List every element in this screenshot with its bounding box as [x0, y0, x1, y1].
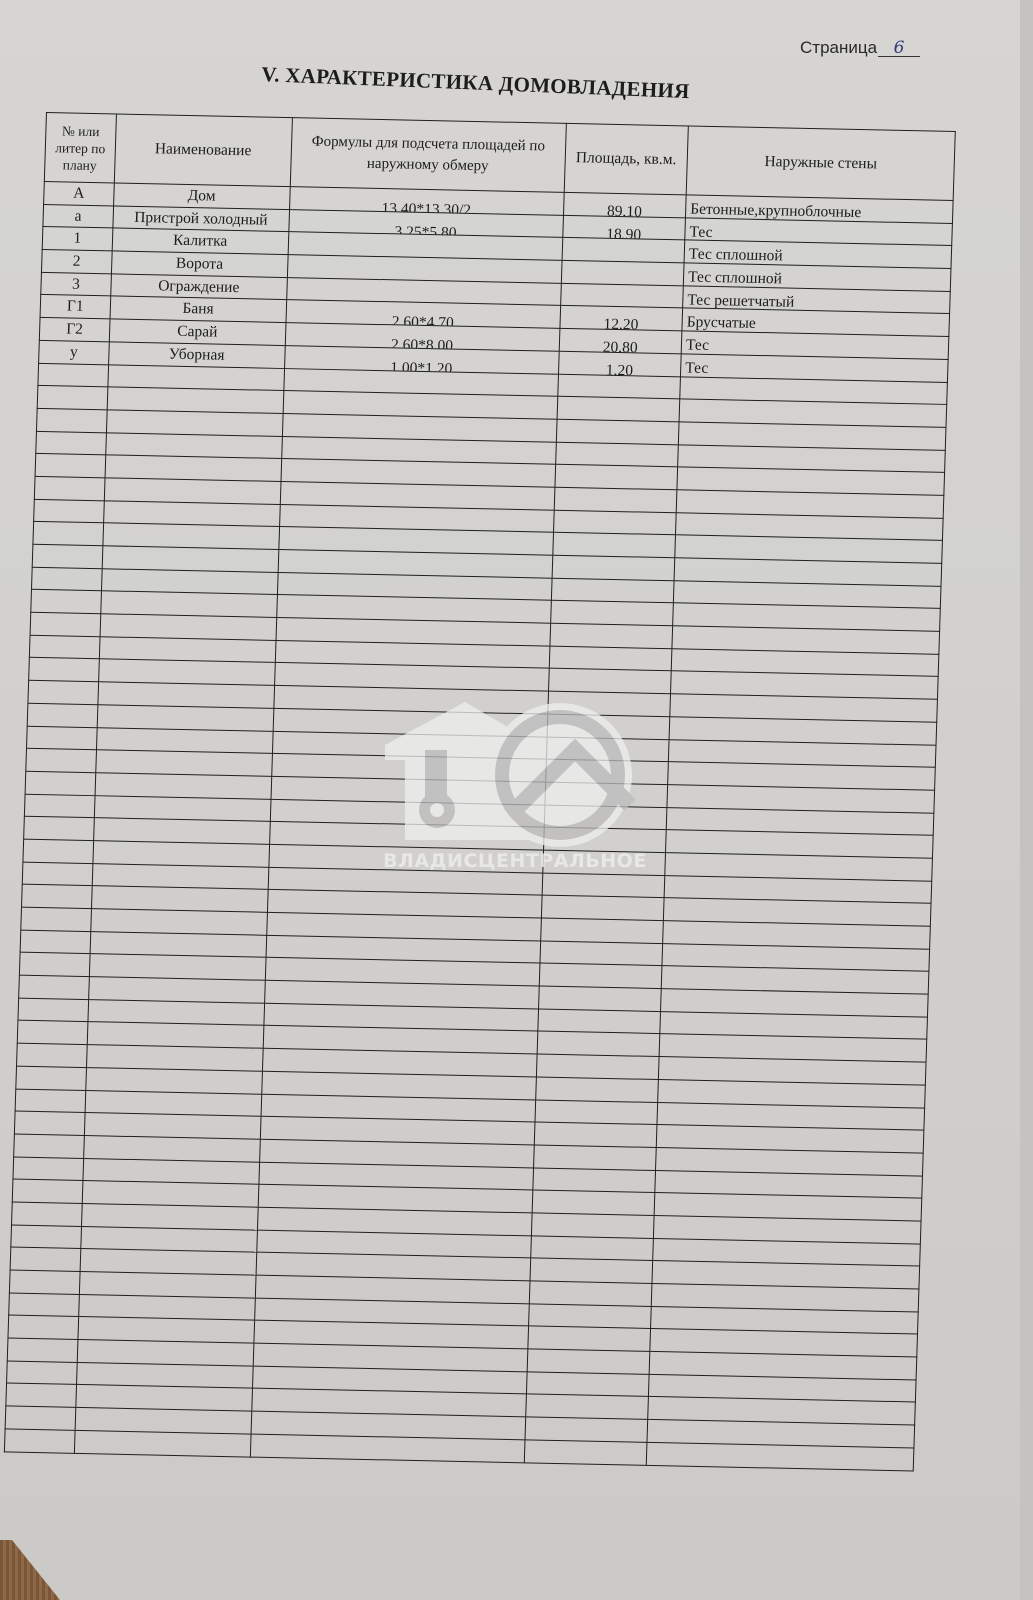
cell-walls-text: Тес сплошной [688, 268, 782, 287]
empty-cell [553, 510, 676, 535]
empty-cell [28, 680, 98, 704]
empty-cell [549, 646, 672, 671]
empty-cell [25, 771, 95, 795]
cell-name-text: Баня [182, 300, 214, 318]
cell-liter: а [43, 204, 113, 228]
cell-area-text: 18,90 [606, 225, 641, 240]
empty-cell [556, 419, 679, 444]
empty-cell [24, 816, 94, 840]
empty-cell [528, 1326, 651, 1351]
cell-area-text: 12,20 [603, 316, 638, 331]
empty-cell [12, 1179, 82, 1203]
empty-cell [545, 782, 668, 807]
empty-cell [547, 714, 670, 739]
cell-area: 1,20 [558, 351, 681, 376]
empty-cell [9, 1270, 79, 1294]
cell-name-text: Сарай [177, 323, 218, 341]
page-number-handwritten: 6 [878, 40, 920, 57]
characteristics-table: № или литер по плану Наименование Формул… [4, 112, 956, 1471]
cell-liter-text: А [73, 184, 85, 201]
cell-area [561, 260, 684, 285]
cell-liter-text: Г1 [67, 298, 84, 315]
empty-cell [552, 533, 675, 558]
cell-area-text: 89,10 [607, 203, 642, 218]
cell-name-text: Ограждение [158, 277, 240, 296]
characteristics-table-wrap: № или литер по плану Наименование Формул… [4, 112, 956, 1471]
empty-cell [32, 544, 102, 568]
page-number-label: Страница6 [800, 38, 920, 58]
empty-cell [15, 1089, 85, 1113]
cell-liter-text: 1 [73, 230, 81, 247]
empty-cell [38, 363, 108, 387]
empty-cell [17, 1021, 87, 1045]
empty-cell [525, 1394, 648, 1419]
empty-cell [20, 930, 90, 954]
empty-cell [29, 635, 99, 659]
empty-cell [546, 737, 669, 762]
empty-cell [540, 941, 663, 966]
cell-liter-text: 3 [72, 275, 80, 292]
cell-liter: А [44, 181, 114, 205]
cell-area: 12,20 [560, 306, 683, 331]
empty-cell [16, 1066, 86, 1090]
cell-area: 18,90 [562, 215, 685, 240]
table-body: АДом13,40*13,30/289,10Бетонные,крупнобло… [4, 181, 953, 1470]
empty-cell [36, 431, 106, 455]
cell-name-text: Пристрой холодный [134, 208, 268, 228]
cell-walls-text: Тес [686, 336, 710, 353]
empty-cell [26, 726, 96, 750]
empty-cell [29, 658, 99, 682]
empty-cell [19, 975, 89, 999]
empty-cell [544, 805, 667, 830]
header-formula: Формулы для подсчета площадей по наружно… [290, 118, 566, 193]
empty-cell [14, 1134, 84, 1158]
empty-cell [538, 1009, 661, 1034]
empty-cell [533, 1145, 656, 1170]
empty-cell [26, 748, 96, 772]
empty-cell [530, 1258, 653, 1283]
header-walls: Наружные стены [686, 126, 955, 201]
empty-cell [557, 374, 680, 399]
empty-cell [550, 623, 673, 648]
cell-liter-text: а [74, 207, 81, 224]
empty-cell [19, 953, 89, 977]
cell-walls-text: Тес [685, 359, 709, 376]
cell-name-text: Ворота [176, 255, 224, 273]
empty-cell [532, 1190, 655, 1215]
cell-area [560, 283, 683, 308]
cell-area [562, 238, 685, 263]
cell-walls-text: Тес [689, 223, 713, 240]
empty-cell [6, 1383, 76, 1407]
empty-cell [535, 1099, 658, 1124]
cell-liter: у [39, 340, 109, 364]
page-label-text: Страница [800, 38, 877, 57]
empty-cell [548, 669, 671, 694]
empty-cell [527, 1349, 650, 1374]
cell-name-text: Уборная [169, 345, 225, 363]
empty-cell [22, 862, 92, 886]
empty-cell [542, 873, 665, 898]
empty-cell [37, 386, 107, 410]
cell-area-text: 1,20 [606, 361, 634, 376]
empty-cell [31, 590, 101, 614]
empty-cell [7, 1338, 77, 1362]
empty-cell [554, 487, 677, 512]
empty-cell [531, 1213, 654, 1238]
empty-cell [5, 1406, 75, 1430]
empty-cell [537, 1031, 660, 1056]
empty-cell [33, 522, 103, 546]
empty-cell [541, 895, 664, 920]
empty-cell [540, 918, 663, 943]
empty-cell [535, 1077, 658, 1102]
cell-walls-text: Брусчатые [686, 314, 756, 332]
header-area: Площадь, кв.м. [564, 123, 688, 195]
empty-cell [11, 1225, 81, 1249]
empty-cell [18, 998, 88, 1022]
cell-liter-text: у [70, 343, 78, 360]
empty-cell [8, 1315, 78, 1339]
empty-cell [34, 476, 104, 500]
empty-cell [9, 1293, 79, 1317]
empty-cell [31, 567, 101, 591]
empty-cell [12, 1202, 82, 1226]
cell-liter: Г2 [39, 318, 109, 342]
empty-cell [539, 963, 662, 988]
cell-liter: 1 [42, 227, 112, 251]
empty-cell [13, 1157, 83, 1181]
empty-cell [547, 691, 670, 716]
empty-cell [74, 1430, 251, 1456]
cell-liter: 3 [41, 272, 111, 296]
empty-cell [22, 884, 92, 908]
empty-cell [7, 1361, 77, 1385]
empty-cell [538, 986, 661, 1011]
empty-cell [526, 1372, 649, 1397]
empty-cell [27, 703, 97, 727]
empty-cell [557, 396, 680, 421]
empty-cell [550, 601, 673, 626]
empty-cell [543, 850, 666, 875]
empty-cell [533, 1167, 656, 1192]
cell-liter-text: Г2 [66, 320, 83, 337]
empty-cell [529, 1281, 652, 1306]
cell-name-text: Калитка [173, 232, 228, 250]
empty-cell [14, 1111, 84, 1135]
empty-cell [24, 794, 94, 818]
cell-walls-text: Тес решетчатый [687, 291, 794, 310]
empty-cell [17, 1043, 87, 1067]
empty-cell [551, 578, 674, 603]
empty-cell [525, 1417, 648, 1442]
empty-cell [555, 464, 678, 489]
empty-cell [524, 1440, 647, 1465]
empty-cell [555, 442, 678, 467]
cell-name-text: Дом [187, 187, 215, 205]
empty-cell [530, 1236, 653, 1261]
empty-cell [30, 612, 100, 636]
empty-cell [36, 408, 106, 432]
empty-cell [4, 1429, 74, 1453]
cell-liter: Г1 [40, 295, 110, 319]
empty-cell [552, 555, 675, 580]
header-name: Наименование [114, 114, 292, 187]
cell-walls-text: Тес сплошной [689, 246, 783, 265]
empty-cell [646, 1442, 914, 1470]
empty-cell [35, 454, 105, 478]
cell-area: 20,80 [559, 328, 682, 353]
page-edge [1020, 0, 1033, 1600]
cell-liter-text: 2 [73, 253, 81, 270]
empty-cell [23, 839, 93, 863]
empty-cell [528, 1304, 651, 1329]
cell-liter: 2 [41, 250, 111, 274]
empty-cell [10, 1247, 80, 1271]
cell-area: 89,10 [563, 192, 686, 217]
header-liter: № или литер по плану [44, 113, 116, 183]
empty-cell [534, 1122, 657, 1147]
cell-area-text: 20,80 [603, 339, 638, 354]
empty-cell [545, 759, 668, 784]
empty-cell [21, 907, 91, 931]
empty-cell [536, 1054, 659, 1079]
empty-cell [34, 499, 104, 523]
empty-cell [543, 827, 666, 852]
